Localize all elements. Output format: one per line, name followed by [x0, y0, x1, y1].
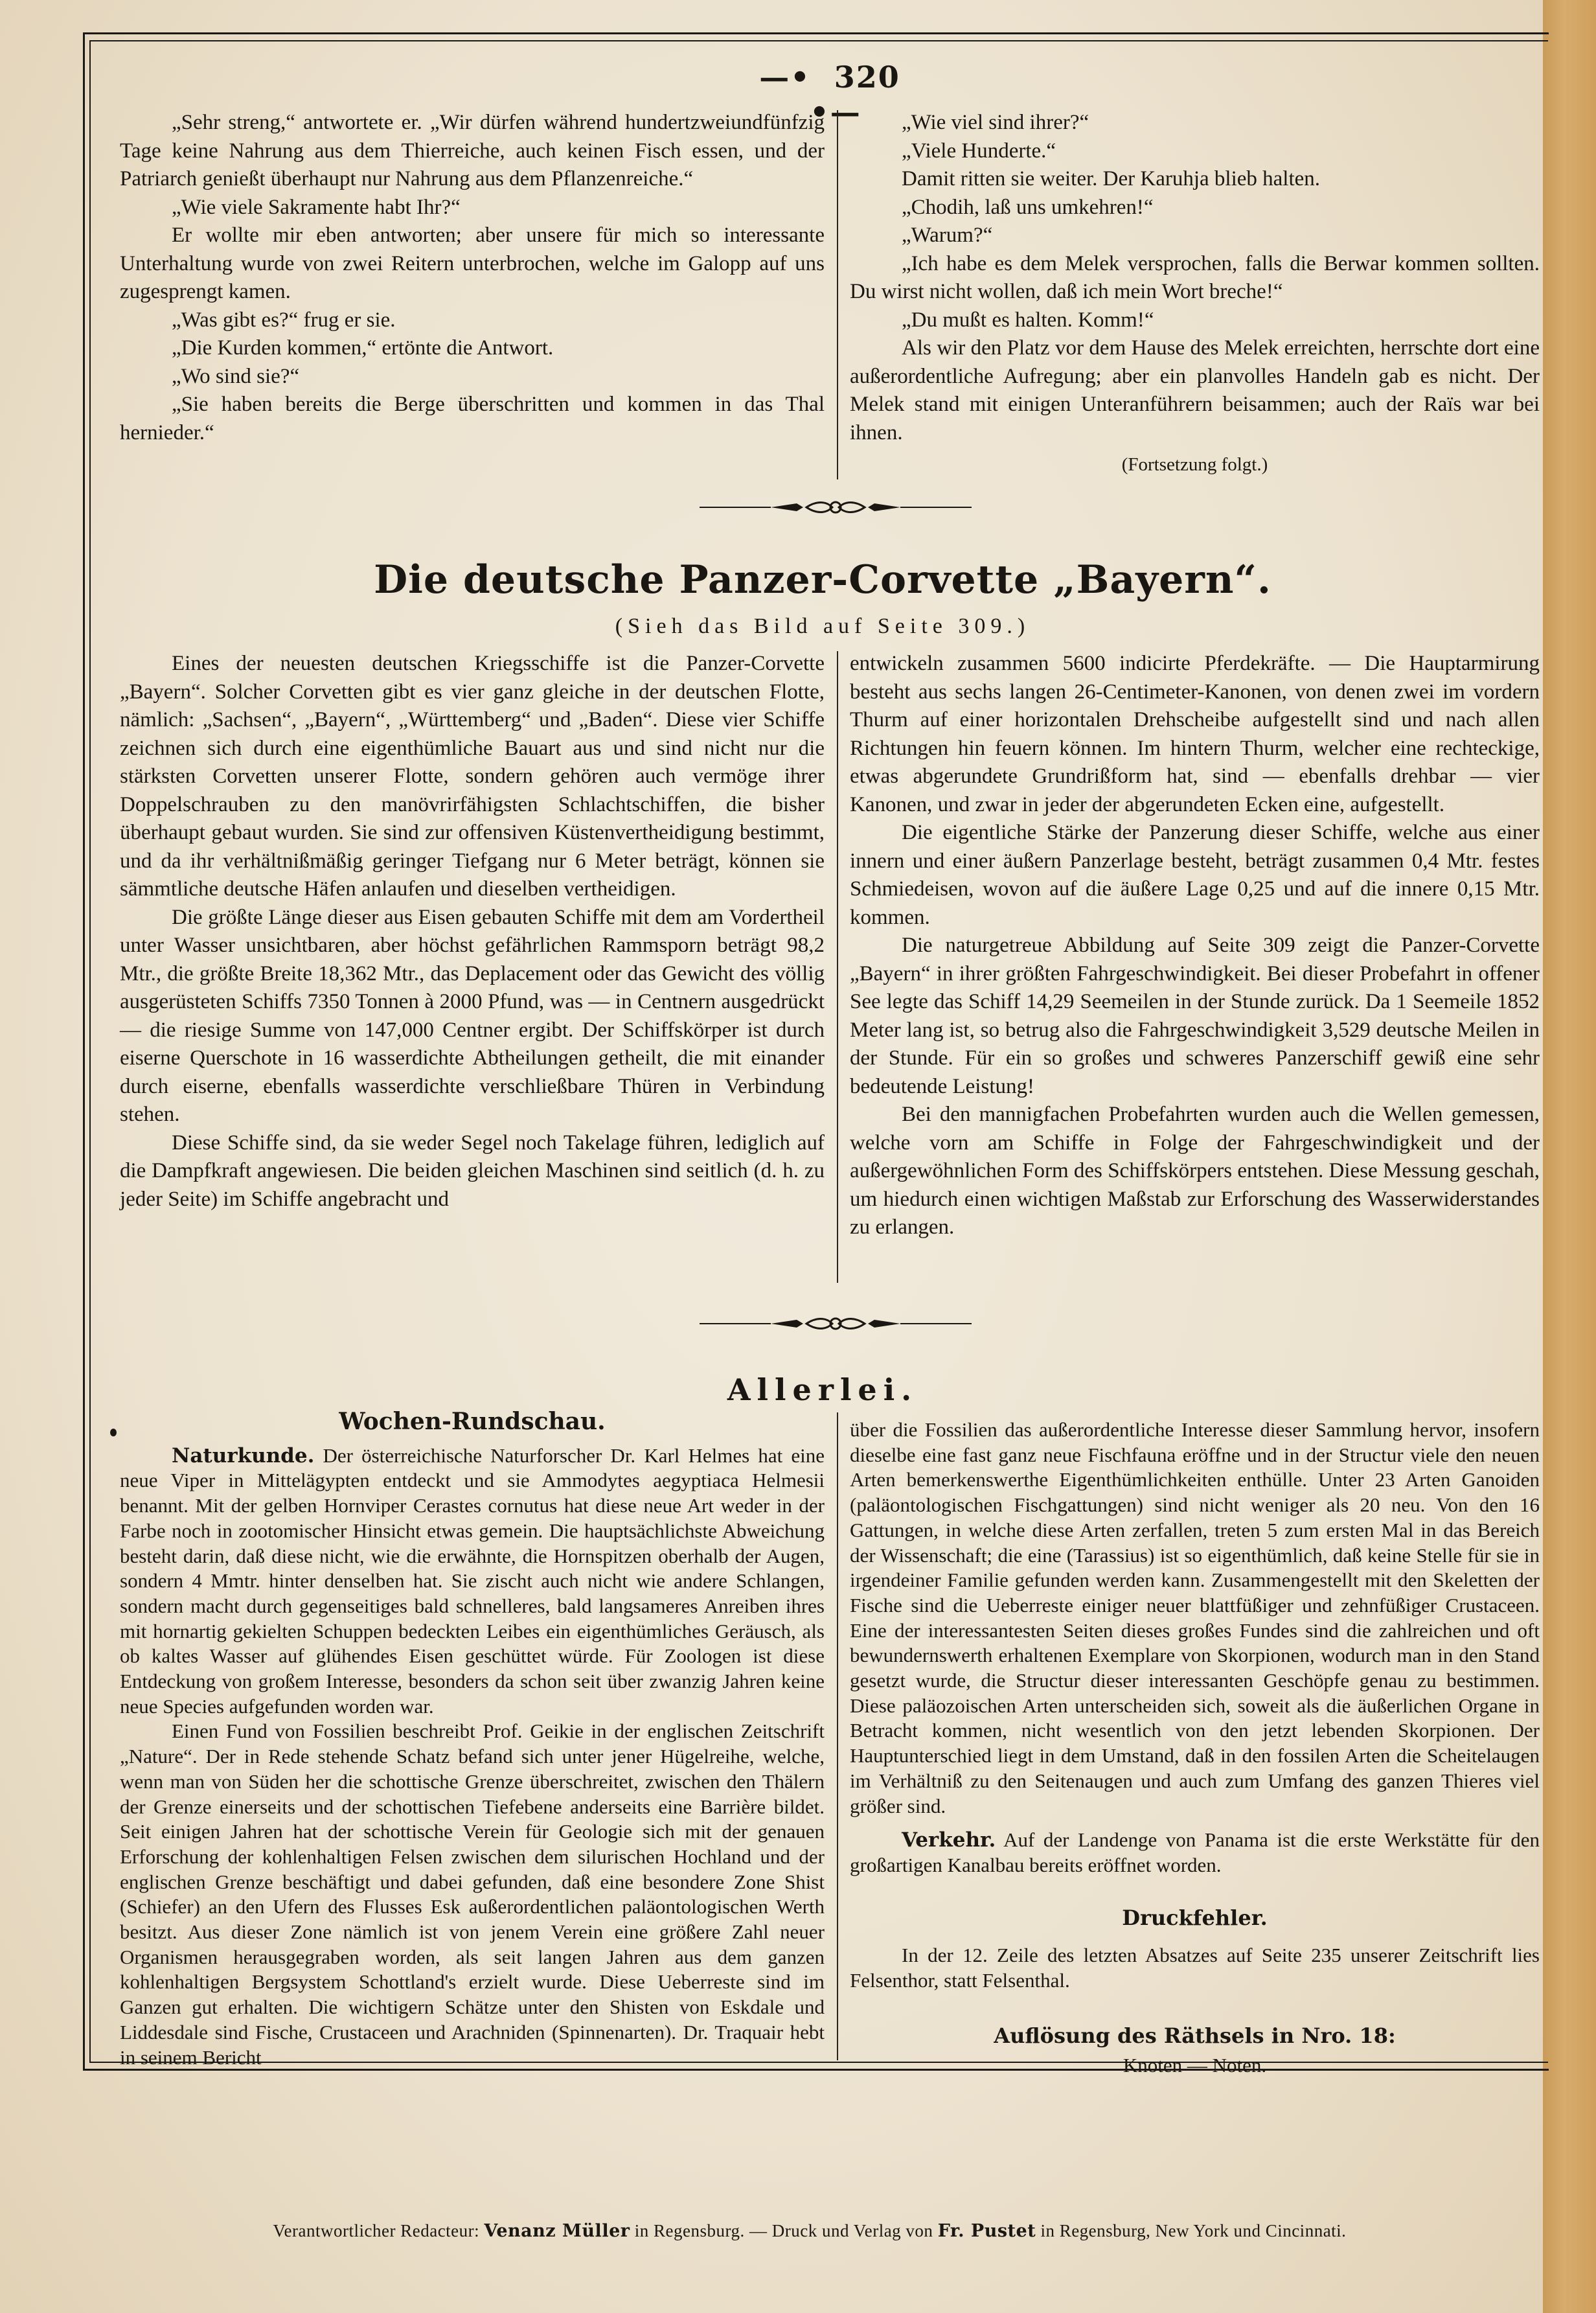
paragraph: „Warum?“: [850, 222, 1540, 250]
ornamental-divider: [700, 500, 972, 514]
paragraph: „Sehr streng,“ antwortete er. „Wir dürfe…: [120, 109, 825, 194]
column-rule: [837, 651, 838, 1283]
publisher-name: Fr. Pustet: [938, 2221, 1036, 2241]
paragraph: „Chodih, laß uns umkehren!“: [850, 194, 1540, 222]
ornamental-divider: [700, 1317, 972, 1331]
editor-place: in Regensburg. —: [635, 2221, 768, 2240]
section-heading-allerlei: Allerlei.: [104, 1372, 1542, 1407]
subheading-wochen-rundschau: Wochen-Rundschau.: [120, 1409, 825, 1434]
ornament-icon: [700, 1317, 972, 1331]
paragraph: Diese Schiffe sind, da sie weder Segel n…: [120, 1129, 825, 1214]
imprint-footer: Verantwortlicher Redacteur: Venanz Mülle…: [162, 2221, 1457, 2241]
publisher-label: Druck und Verlag von: [772, 2221, 933, 2240]
paragraph-druckfehler: In der 12. Zeile des letzten Absatzes au…: [850, 1943, 1540, 1993]
article-left-column: Eines der neuesten deutschen Kriegsschif…: [120, 650, 825, 1214]
article-subtitle: (Sieh das Bild auf Seite 309.): [104, 614, 1542, 639]
editor-name: Venanz Müller: [484, 2221, 630, 2241]
paragraph: „Viele Hunderte.“: [850, 137, 1540, 166]
paragraph: entwickeln zusammen 5600 indicirte Pferd…: [850, 650, 1540, 819]
paragraph: „Wo sind sie?“: [120, 363, 825, 391]
paragraph: Einen Fund von Fossilien beschreibt Prof…: [120, 1719, 825, 2070]
heading-druckfehler: Druckfehler.: [850, 1905, 1540, 1931]
run-in-label: Verkehr.: [902, 1828, 996, 1852]
paragraph: „Die Kurden kommen,“ ertönte die Antwort…: [120, 334, 825, 363]
paragraph-naturkunde: Naturkunde. Der österreichische Naturfor…: [120, 1444, 825, 1720]
paragraph: „Du mußt es halten. Komm!“: [850, 306, 1540, 335]
paragraph: Die eigentliche Stärke der Panzerung die…: [850, 819, 1540, 932]
continued-note: (Fortsetzung folgt.): [850, 451, 1540, 479]
paragraph: Die größte Länge dieser aus Eisen gebaut…: [120, 904, 825, 1129]
editor-label: Verantwortlicher Redacteur:: [273, 2221, 480, 2240]
serial-right-column: „Wie viel sind ihrer?“ „Viele Hunderte.“…: [850, 109, 1540, 479]
paragraph: Als wir den Platz vor dem Hause des Mele…: [850, 334, 1540, 447]
page-number-mark-left: —•: [759, 60, 810, 95]
paragraph: „Wie viele Sakramente habt Ihr?“: [120, 194, 825, 222]
article-right-column: entwickeln zusammen 5600 indicirte Pferd…: [850, 650, 1540, 1242]
paragraph: Er wollte mir eben antworten; aber unser…: [120, 222, 825, 306]
paragraph: „Wie viel sind ihrer?“: [850, 109, 1540, 137]
allerlei-right-column: über die Fossilien das außerordentliche …: [850, 1418, 1540, 2078]
serial-left-column: „Sehr streng,“ antwortete er. „Wir dürfe…: [120, 109, 825, 447]
paragraph: Bei den mannigfachen Probefahrten wurden…: [850, 1101, 1540, 1242]
paragraph: „Was gibt es?“ frug er sie.: [120, 306, 825, 335]
raetsel-answer: Knoten — Noten.: [850, 2053, 1540, 2078]
paragraph: „Sie haben bereits die Berge überschritt…: [120, 391, 825, 447]
run-in-label: Naturkunde.: [172, 1444, 314, 1467]
paragraph: Die naturgetreue Abbildung auf Seite 309…: [850, 932, 1540, 1101]
paragraph-verkehr: Verkehr. Auf der Landenge von Panama ist…: [850, 1828, 1540, 1878]
paragraph: Eines der neuesten deutschen Kriegsschif…: [120, 650, 825, 904]
paragraph: „Ich habe es dem Melek versprochen, fall…: [850, 250, 1540, 306]
column-rule: [837, 110, 838, 479]
paragraph: Damit ritten sie weiter. Der Karuhja bli…: [850, 165, 1540, 194]
heading-raetsel: Auflösung des Räthsels in Nro. 18:: [850, 2023, 1540, 2049]
ornament-icon: [700, 500, 972, 514]
paragraph-text: Der österreichische Naturforscher Dr. Ka…: [120, 1444, 825, 1718]
article-title: Die deutsche Panzer-Corvette „Bayern“.: [104, 557, 1542, 603]
page-number-value: 320: [834, 60, 900, 95]
bullet-mark: [110, 1429, 117, 1436]
column-rule: [837, 1412, 838, 2060]
paragraph: über die Fossilien das außerordentliche …: [850, 1418, 1540, 1819]
publisher-places: in Regensburg, New York und Cincinnati.: [1040, 2221, 1346, 2240]
page-edge-binding: [1543, 0, 1596, 2313]
allerlei-left-column: Wochen-Rundschau. Naturkunde. Der österr…: [120, 1409, 825, 2070]
